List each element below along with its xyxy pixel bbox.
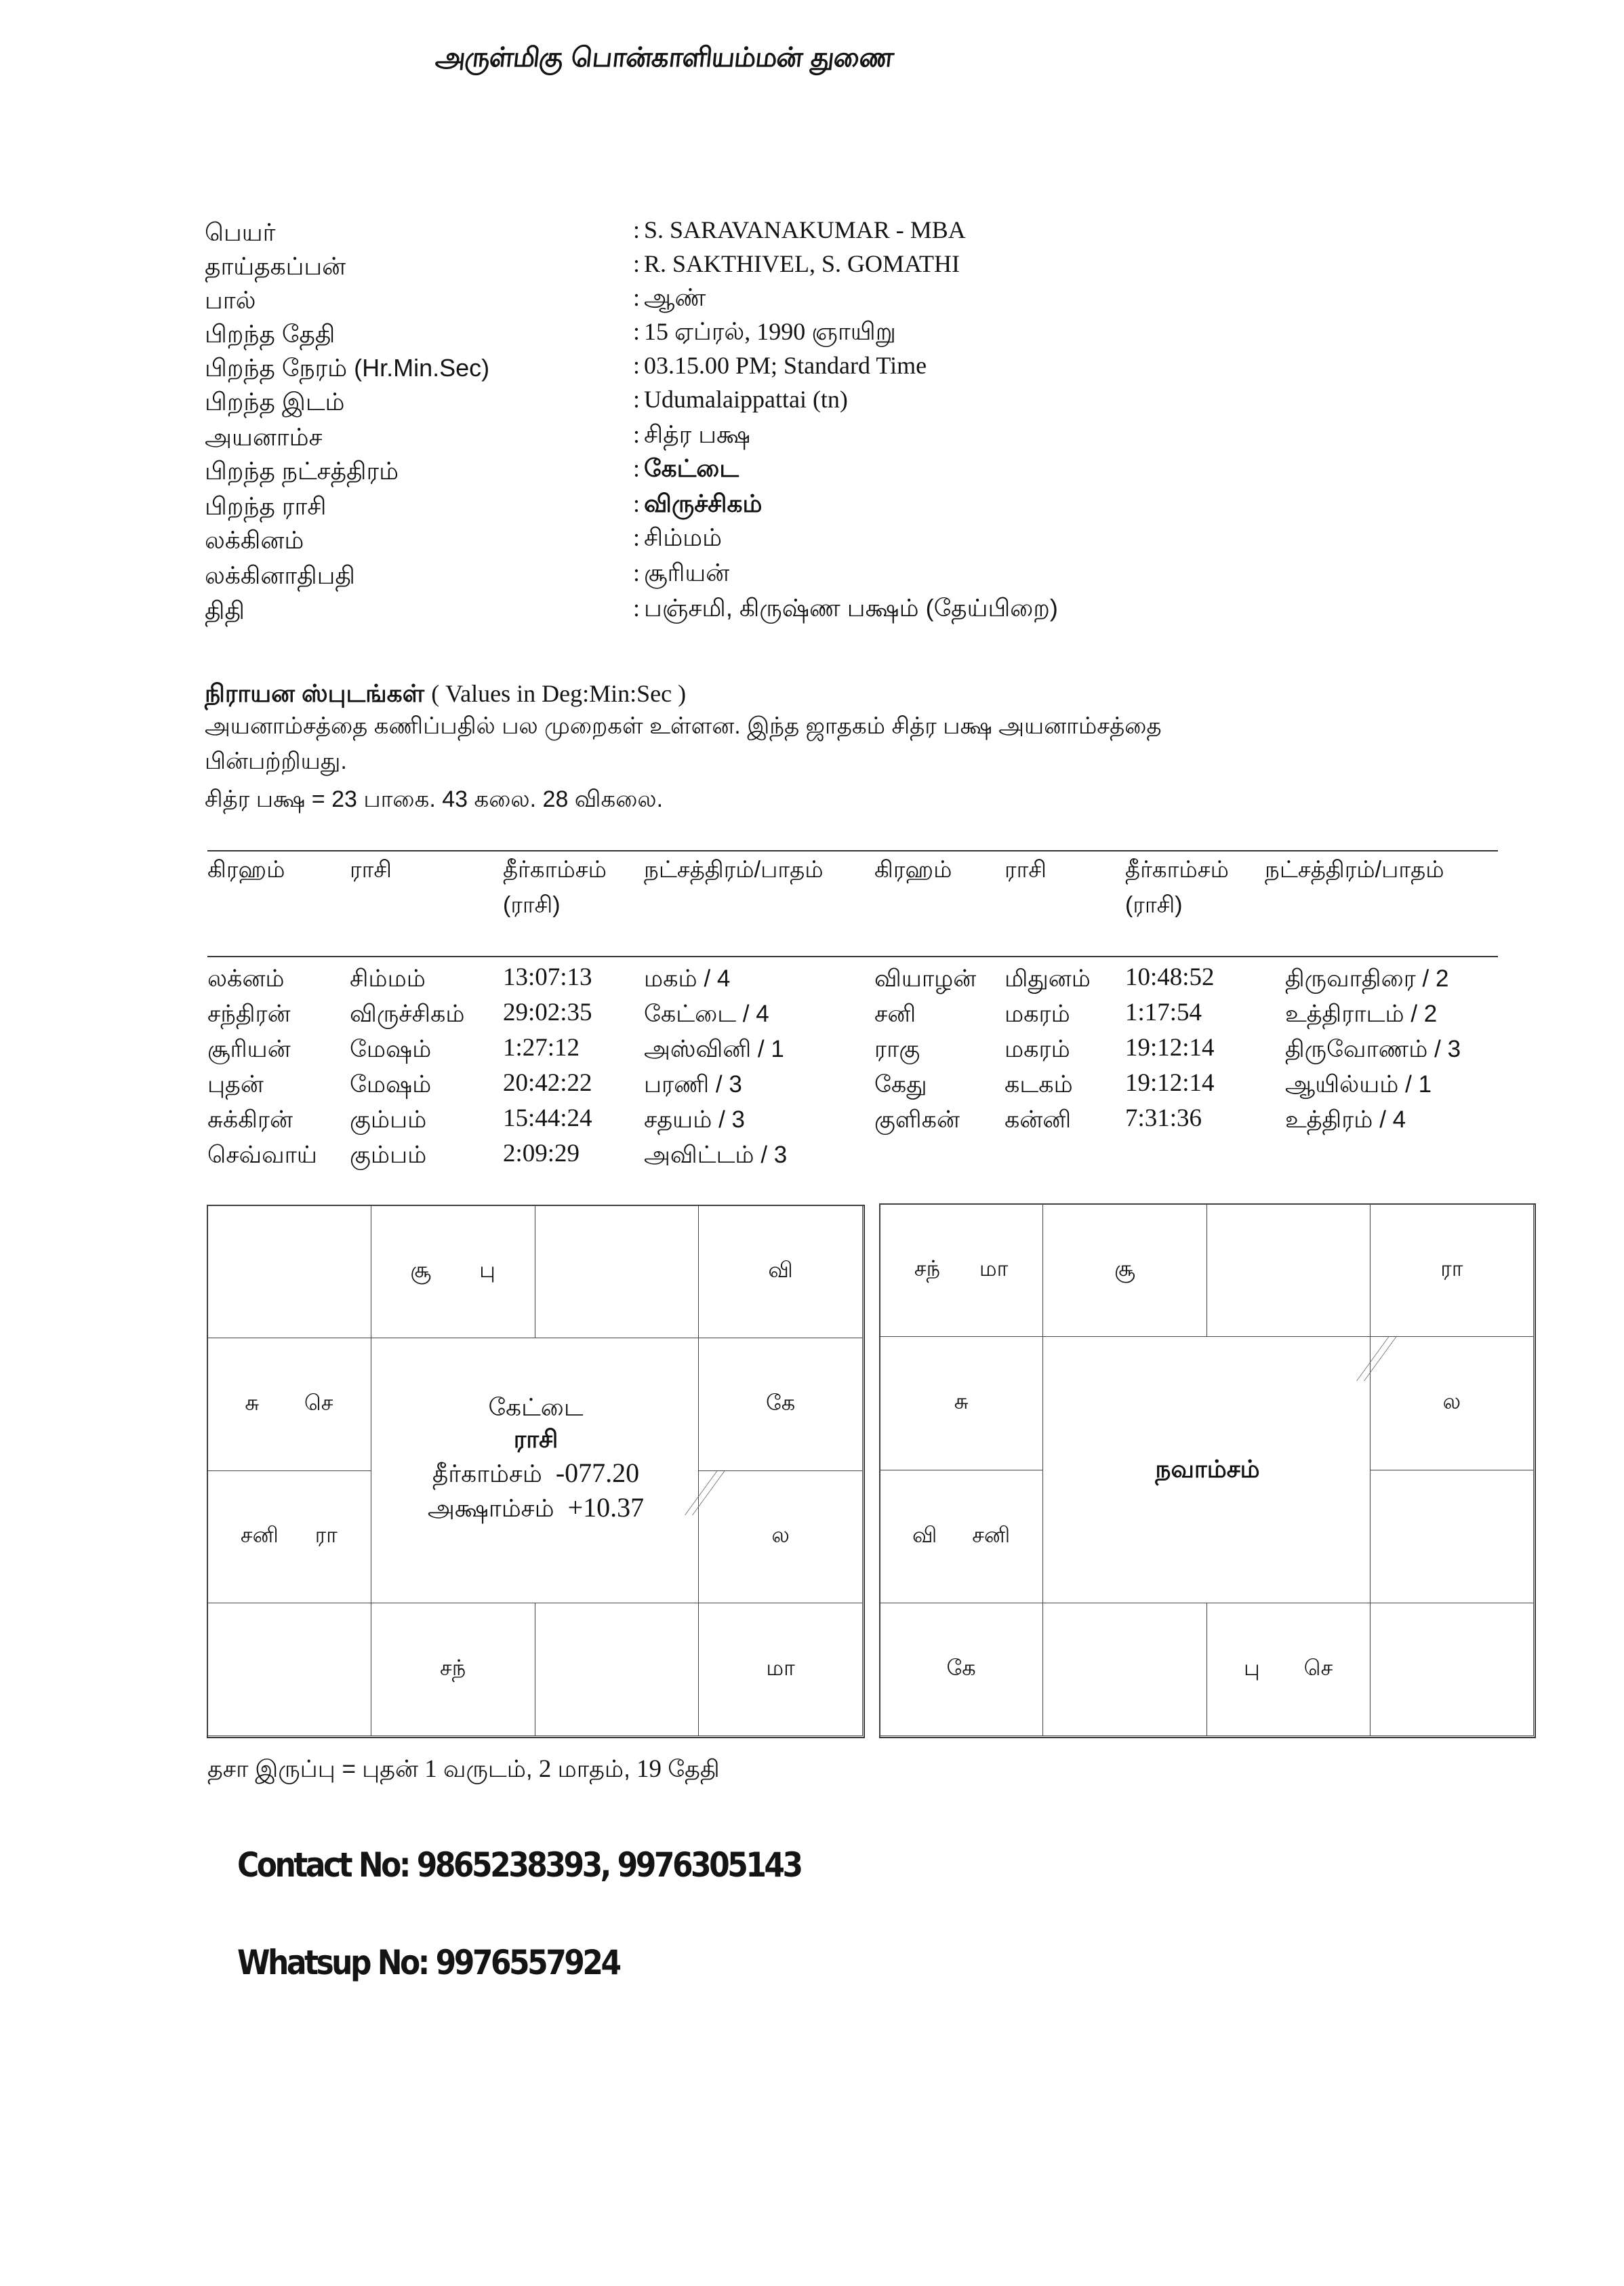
table-cell: சனி — [874, 1001, 916, 1030]
chart-type-label: ராசி — [514, 1425, 559, 1457]
contact-numbers: Contact No: 9865238393, 9976305143 — [237, 1845, 801, 1885]
info-value: :03.15.00 PM; Standard Time — [633, 351, 927, 380]
ayanamsa-note-line1: அயனாம்சத்தை கணிப்பதில் பல முறைகள் உள்ளன.… — [205, 713, 1162, 742]
table-cell: மேஷம் — [350, 1071, 431, 1101]
table-cell: மகரம் — [1004, 1001, 1070, 1030]
house-thula: புசெ — [1206, 1603, 1371, 1736]
longitude-value: -077.20 — [556, 1458, 639, 1488]
planet-marker: சூ — [410, 1258, 431, 1285]
table-cell: 10:48:52 — [1125, 963, 1215, 992]
table-cell: மிதுனம் — [1004, 965, 1091, 995]
table-cell: ராகு — [874, 1036, 920, 1066]
dasa-months: 2 — [539, 1755, 552, 1783]
latitude-value: +10.37 — [568, 1492, 645, 1523]
house-kanni: மா — [698, 1603, 863, 1736]
section-heading: நிராயன ஸ்புடங்கள் ( Values in Deg:Min:Se… — [205, 679, 686, 711]
dasa-label: தசா இருப்பு = — [207, 1756, 356, 1782]
separator: : — [633, 216, 640, 243]
table-cell: 13:07:13 — [503, 963, 592, 992]
info-label: தாய்தகப்பன் — [205, 252, 346, 284]
house-makara: சனிரா — [207, 1470, 371, 1604]
info-value-text: Udumalaippattai (tn) — [644, 386, 848, 413]
separator: : — [633, 386, 640, 413]
table-cell: கன்னி — [1004, 1106, 1071, 1136]
info-label: லக்கினம் — [205, 526, 304, 558]
navamsa-chart: சந்மாசூராசுலவிசனிகேபுசெநவாம்சம் — [879, 1203, 1536, 1738]
dasa-days-label: தேதி — [668, 1756, 719, 1782]
info-label: பெயர் — [205, 218, 275, 250]
planet-marker: சந் — [914, 1256, 940, 1284]
planet-marker: செ — [1304, 1656, 1333, 1683]
section-heading-tamil: நிராயன ஸ்புடங்கள் — [205, 679, 424, 707]
dasa-balance: தசா இருப்பு = புதன் 1 வருடம், 2 மாதம், 1… — [207, 1754, 720, 1786]
table-cell: பரணி / 3 — [644, 1071, 742, 1101]
planet-marker: ரா — [315, 1523, 338, 1550]
house-kanni — [1370, 1603, 1534, 1736]
house-meena: சந்மா — [879, 1203, 1043, 1337]
table-cell: 29:02:35 — [503, 998, 592, 1027]
section-heading-english: ( Values in Deg:Min:Sec ) — [431, 680, 686, 707]
separator: : — [633, 421, 640, 448]
info-value-text: S. SARAVANAKUMAR - MBA — [644, 216, 966, 243]
table-cell: திருவோணம் / 3 — [1285, 1036, 1461, 1066]
house-simha: ல — [698, 1470, 863, 1604]
info-label: பிறந்த ராசி — [205, 492, 327, 524]
table-cell: 7:31:36 — [1125, 1104, 1202, 1133]
table-cell: 15:44:24 — [503, 1104, 592, 1133]
table-cell: சிம்மம் — [350, 965, 426, 995]
planet-marker: சனி — [241, 1523, 279, 1550]
table-cell: திருவாதிரை / 2 — [1285, 965, 1448, 995]
table-cell: சூரியன் — [207, 1036, 291, 1066]
table-cell: புதன் — [207, 1071, 264, 1101]
separator: : — [633, 490, 640, 517]
house-vrischika — [1042, 1603, 1206, 1736]
table-cell: 19:12:14 — [1125, 1068, 1215, 1098]
table-cell: சதயம் / 3 — [644, 1106, 745, 1136]
column-header: ராசி — [1004, 857, 1047, 886]
page-title: அருள்மிகு பொன்காளியம்மன் துணை — [0, 42, 1331, 77]
table-cell: கேட்டை / 4 — [644, 1001, 769, 1030]
table-cell: லக்னம் — [207, 965, 285, 995]
house-simha — [1370, 1470, 1534, 1603]
planet-marker: ல — [771, 1523, 790, 1550]
info-value: :கேட்டை — [633, 454, 739, 486]
info-value: :விருச்சிகம் — [633, 489, 762, 521]
info-value-text: சித்ர பக்ஷ — [644, 420, 750, 448]
info-label: திதி — [205, 597, 245, 628]
separator: : — [633, 455, 640, 482]
latitude-label: அக்ஷாம்சம் — [428, 1494, 554, 1522]
table-cell: கடகம் — [1004, 1071, 1073, 1101]
info-value-text: விருச்சிகம் — [644, 489, 762, 517]
info-value-text: சூரியன் — [644, 559, 729, 586]
planet-marker: மா — [979, 1256, 1008, 1284]
table-cell: கும்பம் — [350, 1106, 426, 1136]
info-value-text: R. SAKTHIVEL, S. GOMATHI — [644, 250, 960, 277]
table-cell: செவ்வாய் — [207, 1142, 317, 1171]
table-cell: 1:27:12 — [503, 1033, 580, 1062]
table-cell: அவிட்டம் / 3 — [644, 1142, 787, 1171]
table-cell: குளிகன் — [874, 1106, 960, 1136]
planet-marker: சந் — [440, 1656, 466, 1683]
dasa-planet: புதன் — [362, 1756, 418, 1782]
house-rishaba — [1206, 1203, 1371, 1337]
separator: : — [633, 318, 640, 345]
house-mesha: சூ — [1042, 1203, 1206, 1337]
column-header: கிரஹம் — [874, 857, 952, 886]
planet-marker: ரா — [1440, 1256, 1463, 1284]
table-cell: சுக்கிரன் — [207, 1106, 293, 1136]
chart-type-label: நவாம்சம் — [1155, 1455, 1259, 1487]
table-cell: கும்பம் — [350, 1142, 426, 1171]
latitude-readout: அக்ஷாம்சம் +10.37 — [428, 1491, 644, 1526]
house-makara: விசனி — [879, 1470, 1043, 1603]
house-dhanus — [207, 1603, 371, 1736]
house-kataka: ல — [1370, 1336, 1534, 1470]
table-cell: மேஷம் — [350, 1036, 431, 1066]
planet-marker: சூ — [1114, 1256, 1135, 1284]
info-label: பிறந்த நேரம் (Hr.Min.Sec) — [205, 354, 489, 386]
whatsapp-number: Whatsup No: 9976557924 — [237, 1943, 620, 1982]
info-value: :சூரியன் — [633, 559, 729, 590]
info-label: லக்கினாதிபதி — [205, 561, 355, 593]
info-value: :S. SARAVANAKUMAR - MBA — [633, 216, 966, 244]
column-subheader: (ராசி) — [503, 892, 561, 921]
separator: : — [633, 284, 640, 311]
info-label: அயனாம்ச — [205, 423, 323, 455]
navamsa-center-info: நவாம்சம் — [1044, 1338, 1371, 1604]
longitude-readout: தீர்காம்சம் -077.20 — [432, 1457, 639, 1491]
info-value: :ஆண் — [633, 283, 706, 315]
info-label: பிறந்த இடம் — [205, 388, 345, 420]
planet-marker: பு — [479, 1258, 495, 1285]
dasa-months-label: மாதம், — [558, 1756, 630, 1782]
info-value-text: சிம்மம் — [644, 523, 722, 551]
column-header: தீர்காம்சம் — [503, 857, 607, 886]
planet-marker: சு — [245, 1390, 259, 1418]
rasi-center-info: கேட்டைராசிதீர்காம்சம் -077.20அக்ஷாம்சம் … — [372, 1339, 700, 1605]
house-rishaba — [535, 1205, 699, 1338]
separator: : — [633, 352, 640, 379]
dasa-years-label: வருடம், — [443, 1756, 533, 1782]
house-mithuna: வி — [698, 1205, 863, 1338]
house-kataka: கே — [698, 1338, 863, 1471]
rasi-chart: சூபுவிசுசெகேசனிராலசந்மாகேட்டைராசிதீர்காம… — [207, 1205, 865, 1738]
house-kumbha: சுசெ — [207, 1338, 371, 1471]
table-cell: விருச்சிகம் — [350, 1001, 465, 1030]
info-value-text: கேட்டை — [644, 454, 739, 482]
column-header: ராசி — [350, 857, 392, 886]
table-cell: அஸ்வினி / 1 — [644, 1036, 784, 1066]
house-meena — [207, 1205, 371, 1338]
house-dhanus: கே — [879, 1603, 1043, 1736]
info-value: :பஞ்சமி, கிருஷ்ண பக்ஷம் (தேய்பிறை) — [633, 594, 1058, 626]
info-value-text: 03.15.00 PM; Standard Time — [644, 352, 927, 379]
table-cell: ஆயில்யம் / 1 — [1285, 1071, 1432, 1101]
table-header-rule — [207, 956, 1498, 957]
house-mesha: சூபு — [371, 1205, 535, 1338]
table-top-rule — [207, 850, 1498, 851]
table-cell: கேது — [874, 1071, 927, 1101]
info-value: :Udumalaippattai (tn) — [633, 385, 848, 414]
dasa-years: 1 — [424, 1755, 437, 1783]
table-cell: 20:42:22 — [503, 1068, 592, 1098]
planet-marker: சு — [954, 1389, 969, 1417]
separator: : — [633, 524, 640, 551]
column-header: நட்சத்திரம்/பாதம் — [1265, 857, 1444, 886]
planet-marker: செ — [304, 1390, 333, 1418]
info-value-text: பஞ்சமி, கிருஷ்ண பக்ஷம் (தேய்பிறை) — [644, 594, 1058, 622]
table-cell: வியாழன் — [874, 965, 976, 995]
planet-marker: வி — [768, 1258, 792, 1285]
house-vrischika: சந் — [371, 1603, 535, 1736]
separator: : — [633, 250, 640, 277]
info-value: :சிம்மம் — [633, 523, 722, 555]
planet-marker: கே — [766, 1390, 795, 1418]
column-header: கிரஹம் — [207, 857, 285, 886]
birth-star: கேட்டை — [489, 1393, 584, 1425]
info-value: :R. SAKTHIVEL, S. GOMATHI — [633, 249, 960, 278]
info-label: பிறந்த தேதி — [205, 320, 335, 352]
ayanamsa-value: சித்ர பக்ஷ = 23 பாகை. 43 கலை. 28 விகலை. — [205, 786, 663, 816]
house-thula — [535, 1603, 699, 1736]
planet-marker: மா — [766, 1656, 794, 1683]
table-cell: சந்திரன் — [207, 1001, 291, 1030]
planet-marker: வி — [912, 1523, 937, 1550]
table-cell: 19:12:14 — [1125, 1033, 1215, 1062]
planet-marker: பு — [1244, 1656, 1260, 1683]
info-label: பால் — [205, 286, 256, 318]
dasa-days: 19 — [636, 1755, 662, 1783]
table-cell: மகரம் — [1004, 1036, 1070, 1066]
info-value-text: 15 ஏப்ரல், 1990 ஞாயிறு — [644, 318, 896, 345]
table-cell: 2:09:29 — [503, 1139, 580, 1168]
info-value-text: ஆண் — [644, 283, 706, 311]
house-mithuna: ரா — [1370, 1203, 1534, 1337]
column-header: நட்சத்திரம்/பாதம் — [644, 857, 824, 886]
planet-marker: சனி — [972, 1523, 1010, 1550]
info-value: :15 ஏப்ரல், 1990 ஞாயிறு — [633, 317, 896, 349]
table-cell: உத்திரம் / 4 — [1285, 1106, 1406, 1136]
info-value: :சித்ர பக்ஷ — [633, 420, 750, 452]
longitude-label: தீர்காம்சம் — [432, 1460, 542, 1487]
house-kumbha: சு — [879, 1336, 1043, 1470]
planet-marker: ல — [1443, 1389, 1461, 1417]
table-cell: 1:17:54 — [1125, 998, 1202, 1027]
column-header: தீர்காம்சம் — [1125, 857, 1229, 886]
table-cell: உத்திராடம் / 2 — [1285, 1001, 1437, 1030]
table-cell: மகம் / 4 — [644, 965, 730, 995]
separator: : — [633, 559, 640, 586]
column-subheader: (ராசி) — [1125, 892, 1183, 921]
ayanamsa-note-line2: பின்பற்றியது. — [205, 748, 347, 778]
planet-marker: கே — [947, 1656, 976, 1683]
info-label: பிறந்த நட்சத்திரம் — [205, 457, 399, 489]
separator: : — [633, 595, 640, 622]
